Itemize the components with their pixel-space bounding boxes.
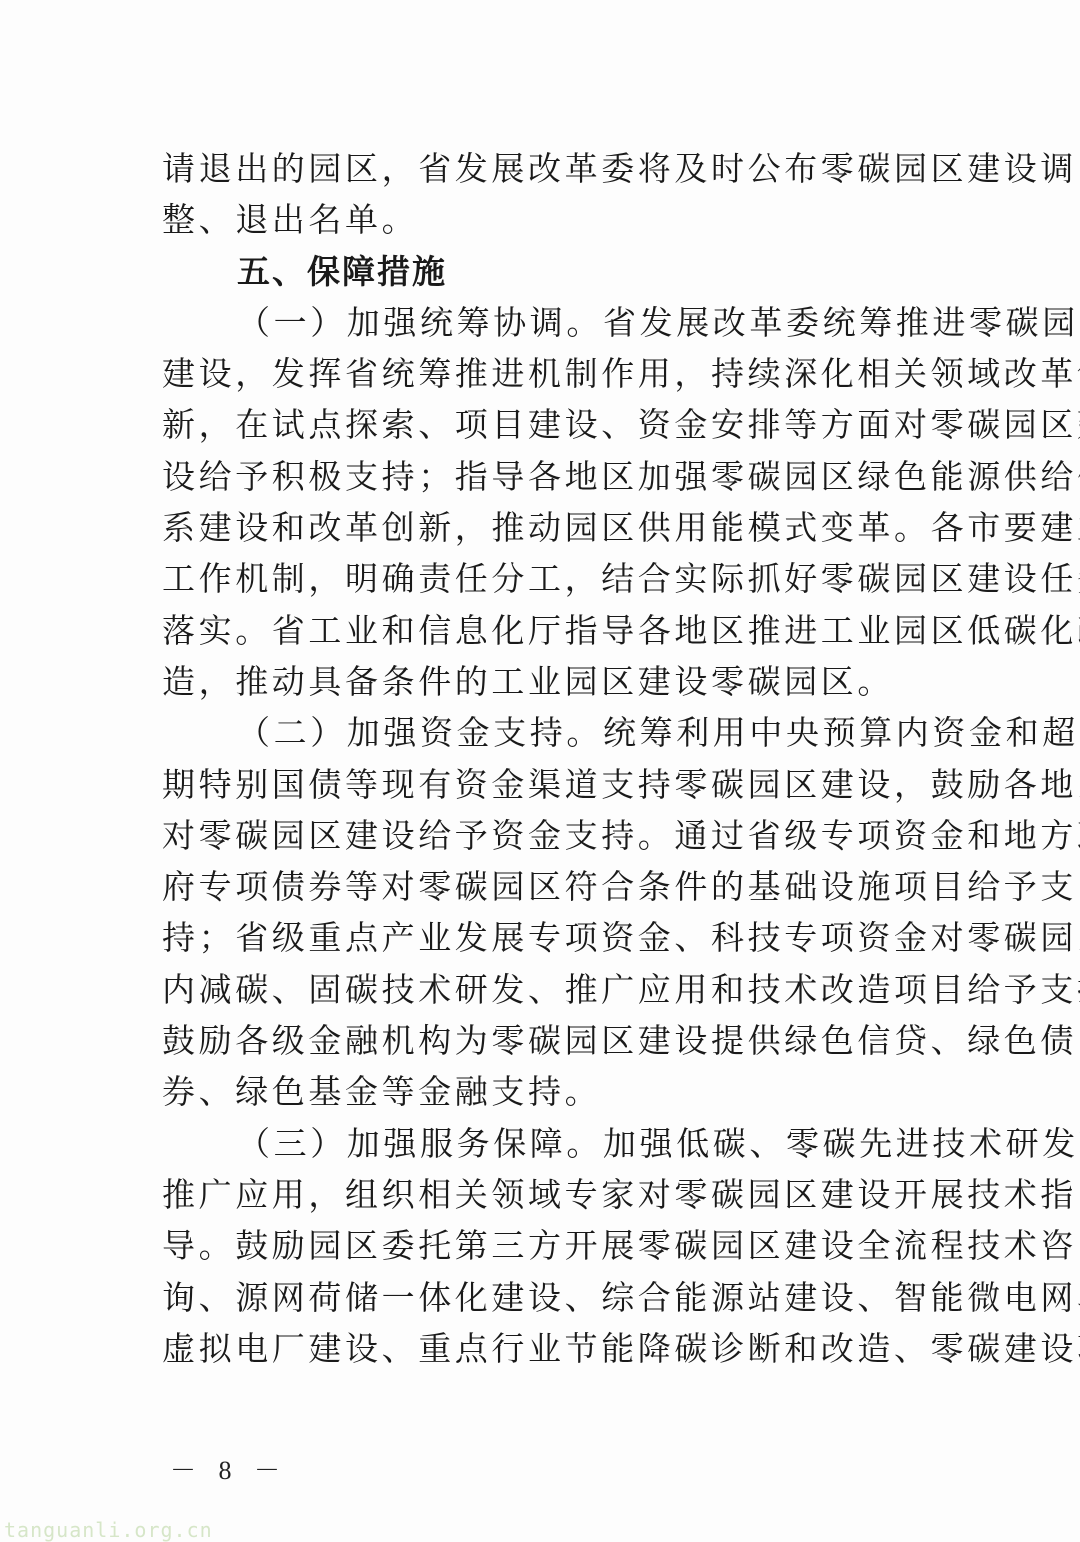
text-line: 询、源网荷储一体化建设、综合能源站建设、智能微电网、 [162, 1272, 914, 1323]
text-line: 落实。省工业和信息化厅指导各地区推进工业园区低碳化改 [162, 605, 914, 656]
text-span: 省发展改革委统筹推进零碳园区 [603, 303, 1080, 342]
paragraph-start: （三）加强服务保障。加强低碳、零碳先进技术研发和 [162, 1118, 914, 1169]
text-line: 持；省级重点产业发展专项资金、科技专项资金对零碳园区 [162, 912, 914, 963]
document-body: 请退出的园区，省发展改革委将及时公布零碳园区建设调 整、退出名单。 五、保障措施… [162, 143, 914, 1374]
paragraph-start: （二）加强资金支持。统筹利用中央预算内资金和超长 [162, 707, 914, 758]
text-line: 工作机制，明确责任分工，结合实际抓好零碳园区建设任务 [162, 553, 914, 604]
text-line: 设给予积极支持；指导各地区加强零碳园区绿色能源供给体 [162, 451, 914, 502]
subsection-heading: （二）加强资金支持。 [237, 713, 603, 752]
text-span: 加强低碳、零碳先进技术研发和 [603, 1124, 1080, 1163]
text-line: 造，推动具备条件的工业园区建设零碳园区。 [162, 656, 914, 707]
text-line: 系建设和改革创新，推动园区供用能模式变革。各市要建立 [162, 502, 914, 553]
text-line: 整、退出名单。 [162, 194, 914, 245]
text-line: 新，在试点探索、项目建设、资金安排等方面对零碳园区建 [162, 399, 914, 450]
subsection-heading: （一）加强统筹协调。 [237, 303, 603, 342]
text-line: 虚拟电厂建设、重点行业节能降碳诊断和改造、零碳建设项 [162, 1323, 914, 1374]
page-number: － 8 － [0, 1450, 1080, 1487]
paragraph-start: （一）加强统筹协调。省发展改革委统筹推进零碳园区 [162, 297, 914, 348]
text-line: 导。鼓励园区委托第三方开展零碳园区建设全流程技术咨 [162, 1220, 914, 1271]
text-line: 期特别国债等现有资金渠道支持零碳园区建设，鼓励各地区 [162, 759, 914, 810]
text-line: 对零碳园区建设给予资金支持。通过省级专项资金和地方政 [162, 810, 914, 861]
text-line: 鼓励各级金融机构为零碳园区建设提供绿色信贷、绿色债 [162, 1015, 914, 1066]
section-heading: 五、保障措施 [162, 246, 914, 297]
text-span: 统筹利用中央预算内资金和超长 [603, 713, 1080, 752]
text-line: 府专项债券等对零碳园区符合条件的基础设施项目给予支 [162, 861, 914, 912]
text-line: 内减碳、固碳技术研发、推广应用和技术改造项目给予支持。 [162, 964, 914, 1015]
text-line: 推广应用，组织相关领域专家对零碳园区建设开展技术指 [162, 1169, 914, 1220]
document-page: 请退出的园区，省发展改革委将及时公布零碳园区建设调 整、退出名单。 五、保障措施… [0, 0, 1080, 1542]
text-line: 券、绿色基金等金融支持。 [162, 1066, 914, 1117]
subsection-heading: （三）加强服务保障。 [237, 1124, 603, 1163]
watermark: tanguanli.org.cn [4, 1518, 213, 1542]
text-line: 建设，发挥省统筹推进机制作用，持续深化相关领域改革创 [162, 348, 914, 399]
text-line: 请退出的园区，省发展改革委将及时公布零碳园区建设调 [162, 143, 914, 194]
